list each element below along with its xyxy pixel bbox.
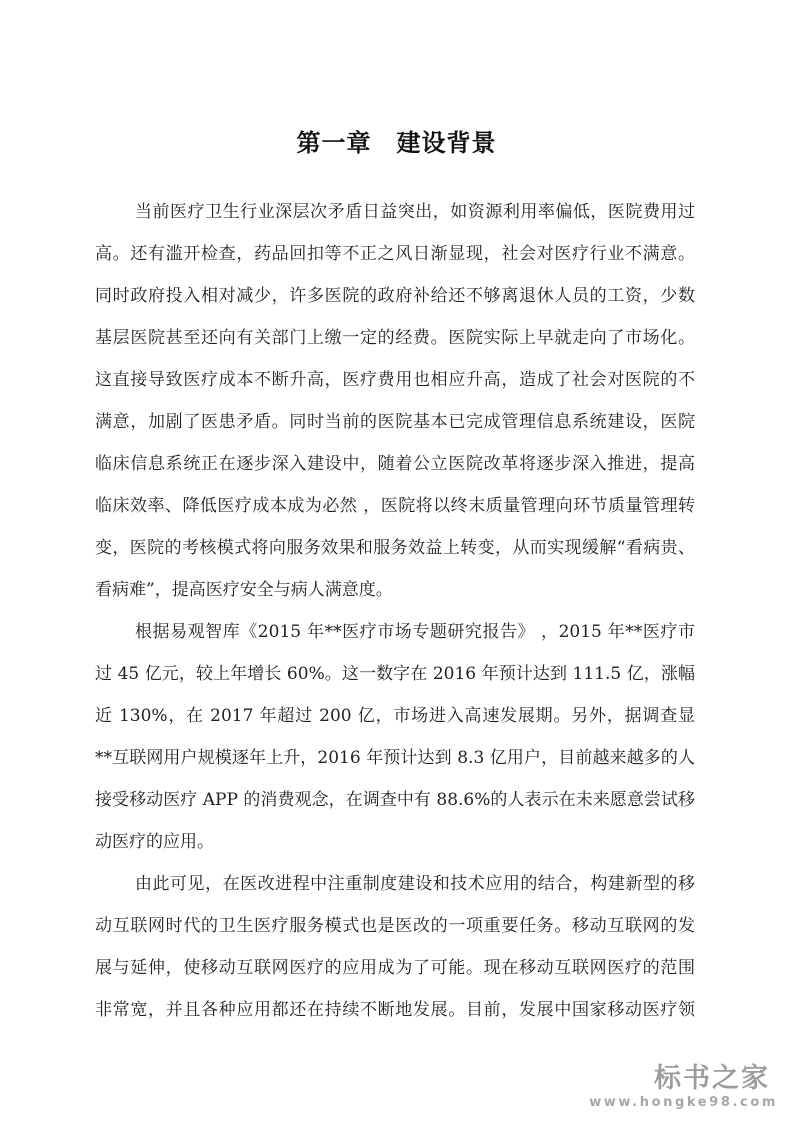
text-line: 基层医院甚至还向有关部门上缴一定的经费。医院实际上早就走向了市场化。 [95,317,695,359]
text-line: 根据易观智库《2015 年**医疗市场专题研究报告》 ，2015 年**医疗市场… [95,611,695,653]
text-line: 非常宽，并且各种应用都还在持续不断地发展。目前，发展中国家移动医疗领 [95,989,695,1031]
text-line: **互联网用户规模逐年上升，2016 年预计达到 8.3 亿用户，目前越来越多的… [95,737,695,779]
document-page: 第一章 建设背景 当前医疗卫生行业深层次矛盾日益突出，如资源利用率偏低，医院费用… [0,0,793,1122]
text-line: 由此可见，在医改进程中注重制度建设和技术应用的结合，构建新型的移 [95,863,695,905]
text-line: 动医疗的应用。 [95,821,695,863]
text-line: 过 45 亿元，较上年增长 60%。这一数字在 2016 年预计达到 111.5… [95,653,695,695]
text-line: 近 130%，在 2017 年超过 200 亿，市场进入高速发展期。另外，据调查… [95,695,695,737]
text-line: 满意，加剧了医患矛盾。同时当前的医院基本已完成管理信息系统建设，医院 [95,401,695,443]
text-line: 临床信息系统正在逐步深入建设中，随着公立医院改革将逐步深入推进，提高 [95,443,695,485]
text-line: 当前医疗卫生行业深层次矛盾日益突出，如资源利用率偏低，医院费用过 [95,191,695,233]
watermark-url: www.hongke98.com [589,1096,778,1110]
text-line: 展与延伸，使移动互联网医疗的应用成为了可能。现在移动互联网医疗的范围 [95,947,695,989]
chapter-title: 第一章 建设背景 [0,126,793,160]
text-line: 接受移动医疗 APP 的消费观念，在调查中有 88.6%的人表示在未来愿意尝试移 [95,779,695,821]
watermark-logo-text: 标书之家 [589,1064,770,1094]
watermark: 标书之家 www.hongke98.com [589,1064,778,1110]
text-line: 高。还有滥开检查，药品回扣等不正之风日渐显现，社会对医疗行业不满意。 [95,233,695,275]
text-line: 同时政府投入相对减少，许多医院的政府补给还不够离退休人员的工资，少数 [95,275,695,317]
text-line: 变，医院的考核模式将向服务效果和服务效益上转变，从而实现缓解“看病贵、 [95,527,695,569]
text-line: 看病难”，提高医疗安全与病人满意度。 [95,569,695,611]
text-line: 动互联网时代的卫生医疗服务模式也是医改的一项重要任务。移动互联网的发 [95,905,695,947]
document-body: 当前医疗卫生行业深层次矛盾日益突出，如资源利用率偏低，医院费用过高。还有滥开检查… [95,191,695,1031]
text-line: 临床效率、降低医疗成本成为必然 ，医院将以终末质量管理向环节质量管理转 [95,485,695,527]
text-line: 这直接导致医疗成本不断升高，医疗费用也相应升高，造成了社会对医院的不 [95,359,695,401]
